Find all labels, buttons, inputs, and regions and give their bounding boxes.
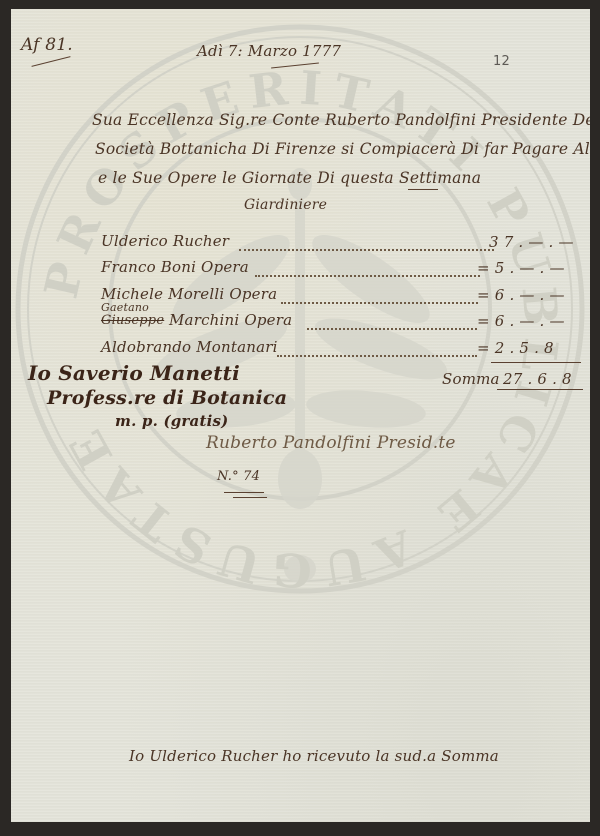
archive-reference-underline: [31, 56, 70, 67]
total-value: 27 . 6 . 8: [503, 370, 572, 388]
reference-underline-2: [233, 497, 267, 498]
seal-watermark: PROSPERITATI PUBLICAE AUGUSTAE: [11, 9, 590, 824]
scan-border-bottom: [11, 822, 590, 836]
paper-sheet: PROSPERITATI PUBLICAE AUGUSTAE Af 81. 12…: [11, 9, 590, 824]
document-scan: PROSPERITATI PUBLICAE AUGUSTAE Af 81. 12…: [0, 0, 600, 836]
entry-amount-4: = 6 . — . —: [477, 312, 565, 330]
entry-leader-2: [255, 275, 480, 277]
heading-line-2: Società Bottanicha Di Firenze si Compiac…: [95, 140, 590, 158]
entry-name-2: Franco Boni Opera: [101, 258, 249, 276]
entry-struck-name-4: Giuseppe: [101, 313, 164, 328]
section-label: Giardiniere: [244, 197, 327, 213]
total-top-rule: [491, 362, 581, 363]
entry-leader-4: [307, 328, 477, 330]
page-number: 12: [493, 54, 510, 69]
heading-line-3: e le Sue Opere le Giornate Di questa Set…: [98, 169, 481, 187]
entry-amount-1: 3 7 . — . —: [489, 233, 574, 251]
entry-amount-2: = 5 . — . —: [477, 259, 565, 277]
total-label: Somma: [442, 370, 500, 388]
entry-name-1: Ulderico Rucher: [101, 232, 229, 250]
approval-line-2: Profess.re di Botanica: [47, 387, 287, 409]
total-bottom-rule: [497, 389, 583, 390]
president-signature: Ruberto Pandolfini Presid.te: [206, 433, 456, 453]
entry-amount-5: = 2 . 5 . 8: [477, 339, 554, 357]
heading-end-stroke: [408, 189, 438, 190]
heading-line-1: Sua Eccellenza Sig.re Conte Ruberto Pand…: [92, 111, 590, 129]
reference-underline-1: [224, 492, 264, 493]
approval-line-1: Io Saverio Manetti: [28, 361, 240, 385]
date-line: Adì 7: Marzo 1777: [197, 42, 341, 60]
entry-leader-1: [239, 249, 494, 251]
entry-leader-5: [277, 355, 477, 357]
entry-name-5: Aldobrando Montanari: [101, 338, 278, 356]
reference-number: N.° 74: [217, 469, 260, 484]
receipt-line: Io Ulderico Rucher ho ricevuto la sud.a …: [129, 747, 499, 765]
entry-leader-3: [281, 302, 478, 304]
date-underline: [271, 62, 319, 68]
archive-reference: Af 81.: [21, 35, 73, 55]
approval-line-3: m. p. (gratis): [115, 412, 228, 430]
entry-name-4: Marchini Opera: [169, 311, 292, 329]
entry-amount-3: = 6 . — . —: [477, 286, 565, 304]
